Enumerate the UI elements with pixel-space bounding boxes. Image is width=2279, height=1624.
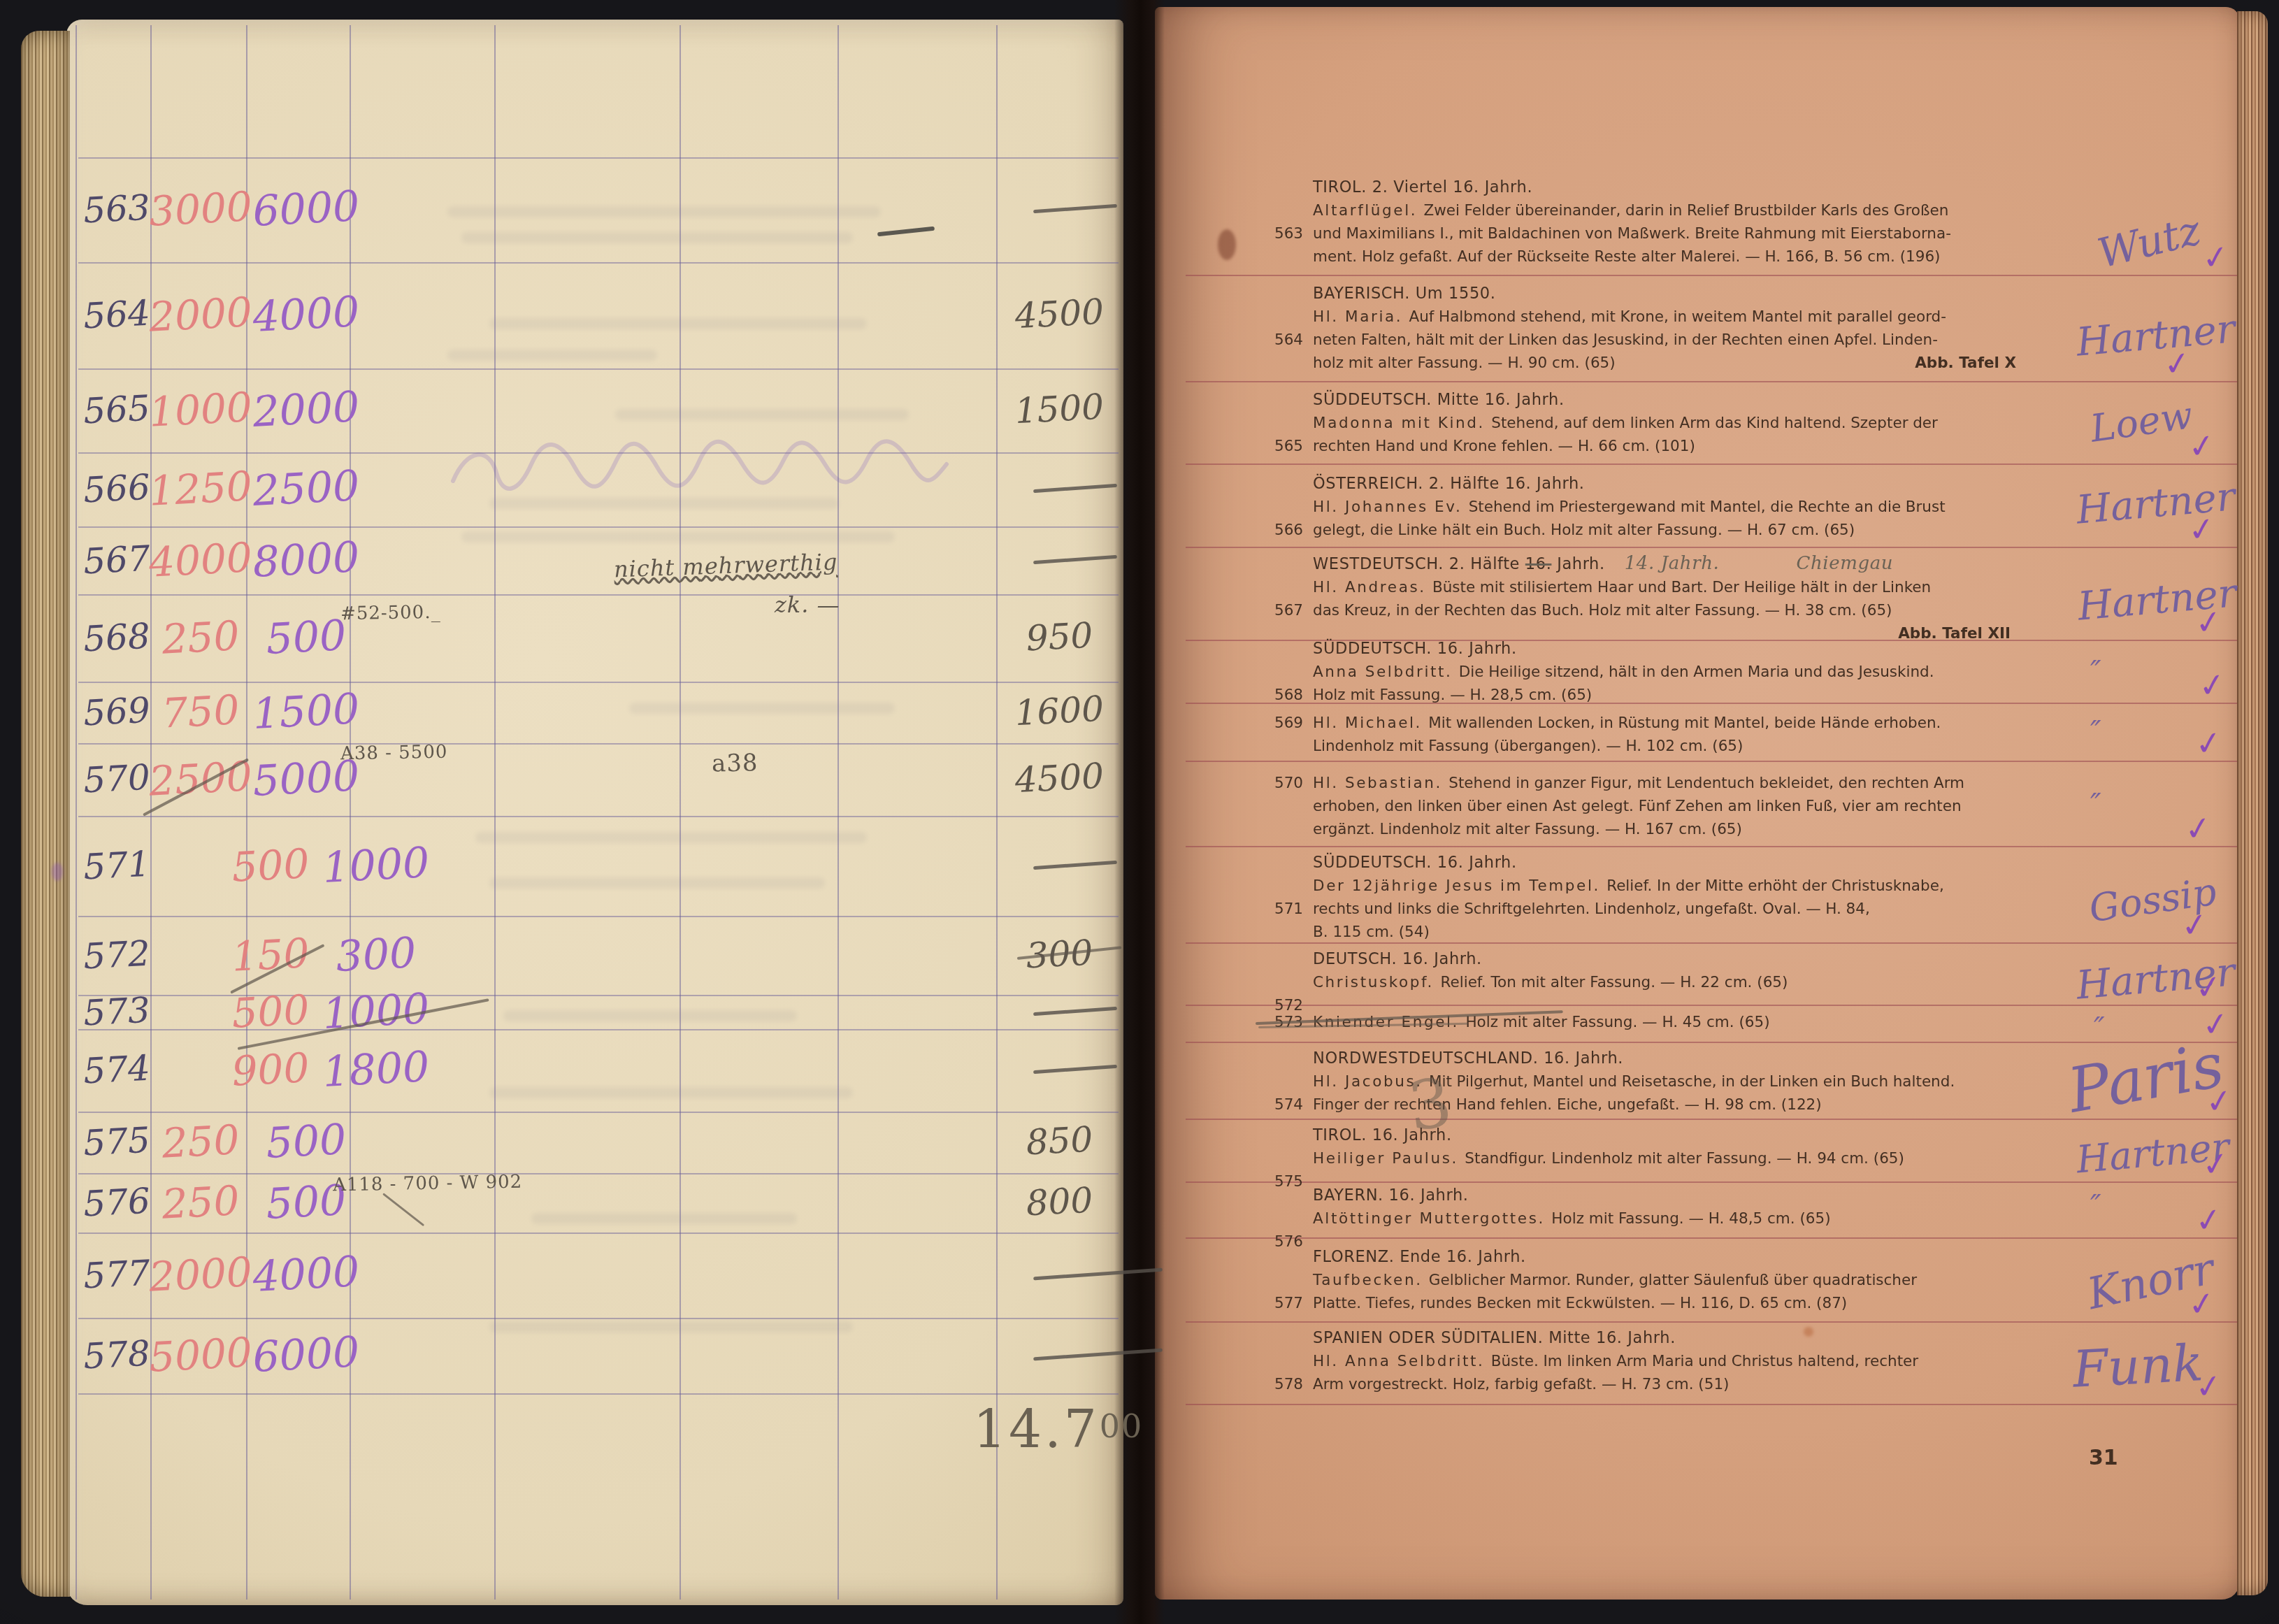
catalog-entry-title: Der 12jährige Jesus im Tempel. (1313, 877, 1606, 895)
page-number: 31 (2089, 1446, 2118, 1470)
catalog-entry-separator (1186, 381, 2237, 382)
catalog-entry-body: 567Hl. Andreas. Büste mit stilisiertem H… (1249, 576, 2016, 622)
margin-ditto-mark: ″ (2090, 654, 2101, 689)
catalog-entry-line: Hl. Sebastian. Stehend in ganzer Figur, … (1313, 772, 2016, 795)
ledger-row-limit-red: 500 (217, 985, 324, 1040)
catalog-lot-number: 564 (1249, 329, 1303, 352)
catalog-entry-line: neten Falten, hält mit der Linken das Je… (1313, 329, 2016, 352)
catalog-entry-body: 570Hl. Sebastian. Stehend in ganzer Figu… (1249, 772, 2016, 841)
catalog-entry-title: Hl. Michael. (1313, 714, 1428, 732)
ledger-row-limit-red: 250 (147, 1115, 254, 1170)
catalog-entry-separator (1186, 464, 2237, 465)
catalog-entry-separator (1186, 1404, 2237, 1405)
header-fragment: Chiemgau (1796, 553, 1893, 574)
bleed-through-smudge (489, 1321, 853, 1332)
ledger-row-limit-red: 2000 (147, 288, 254, 343)
ledger-row-result-price: 4500 (997, 290, 1121, 340)
catalog-entry-title: Hl. Johannes Ev. (1313, 498, 1469, 516)
catalog-lot-number: 567 (1249, 599, 1303, 622)
catalog-lot-number: 563 (1249, 222, 1303, 245)
ledger-row-item-number: 577 (78, 1252, 157, 1298)
catalog-entry: 570Hl. Sebastian. Stehend in ganzer Figu… (1249, 772, 2016, 841)
ledger-total-main: 14.7 (973, 1400, 1100, 1460)
ledger-row-item-number: 568 (78, 615, 157, 661)
bleed-through-smudge (461, 531, 895, 542)
catalog-entry-line: Taufbecken. Gelblicher Marmor. Runder, g… (1313, 1269, 2016, 1292)
catalog-entry: 569Hl. Michael. Mit wallenden Locken, in… (1249, 712, 2016, 758)
catalog-entry-title: Taufbecken. (1313, 1272, 1429, 1289)
ledger-row-limit-red: 1250 (147, 462, 254, 517)
ledger-grid-hline (78, 157, 1119, 159)
margin-checkmark: ✓ (2161, 343, 2193, 385)
catalog-entry-title: Altöttinger Muttergottes. (1313, 1210, 1551, 1228)
catalog-entry-body: 568Anna Selbdritt. Die Heilige sitzend, … (1249, 661, 2016, 707)
catalog-entry-body: 566Hl. Johannes Ev. Stehend im Priesterg… (1249, 496, 2016, 542)
bleed-through-smudge (531, 1213, 797, 1224)
ledger-row-estimate-purple: 4000 (249, 287, 364, 343)
ledger-row-item-number: 569 (78, 689, 157, 735)
catalog-entry-separator (1186, 1321, 2237, 1323)
margin-checkmark: ✓ (2192, 723, 2224, 764)
ledger-grid-vline (837, 25, 839, 1600)
bleed-through-smudge (447, 350, 657, 361)
ledger-grid-vline (494, 25, 496, 1600)
right-page-edge-stack (2237, 11, 2268, 1595)
paper-stain (1218, 229, 1236, 260)
catalog-entry: SÜDDEUTSCH. 16. Jahrh.571Der 12jährige J… (1249, 851, 2016, 944)
catalog-entry-header: WESTDEUTSCH. 2. Hälfte 16. Jahrh.14. Jah… (1249, 552, 2016, 576)
ledger-row-item-number: 567 (78, 538, 157, 584)
ledger-row-result-price: 4500 (997, 754, 1121, 804)
ledger-row-result-price: 800 (997, 1178, 1121, 1228)
catalog-entry-separator (1186, 1042, 2237, 1043)
ledger-grid-hline (78, 1318, 1119, 1319)
ledger-row-limit-red: 900 (217, 1043, 324, 1098)
catalog-entry-line: Altarflügel. Zwei Felder übereinander, d… (1313, 199, 2016, 222)
margin-ditto-mark: ″ (2090, 714, 2101, 749)
ledger-row-item-number: 576 (78, 1180, 157, 1226)
header-fragment: 14. Jahrh. (1625, 553, 1720, 574)
catalog-lot-number: 578 (1249, 1373, 1303, 1396)
ledger-row-result-price: 1600 (997, 687, 1121, 737)
catalog-entry: FLORENZ. Ende 16. Jahrh.577Taufbecken. G… (1249, 1246, 2016, 1315)
ledger-row-item-number: 565 (78, 387, 157, 433)
catalog-entry: BAYERISCH. Um 1550.564Hl. Maria. Auf Hal… (1249, 282, 2016, 375)
catalog-entry-header: SÜDDEUTSCH. Mitte 16. Jahrh. (1249, 389, 2016, 412)
catalog-entry-line: Hl. Andreas. Büste mit stilisiertem Haar… (1313, 576, 2016, 599)
catalog-entry-title: Hl. Maria. (1313, 308, 1409, 326)
catalog-lot-number: 571 (1249, 898, 1303, 921)
ledger-grid-hline (78, 1233, 1119, 1234)
ledger-grid-hline (78, 1393, 1119, 1395)
catalog-entry-line: B. 115 cm. (54) (1313, 921, 2016, 944)
ledger-row-item-number: 570 (78, 756, 157, 803)
bleed-through-smudge (447, 206, 881, 217)
catalog-entry-line: Heiliger Paulus. Standfigur. Lindenholz … (1313, 1147, 2016, 1170)
margin-buyer-name: Funk (2071, 1333, 2204, 1399)
catalog-entry: BAYERN. 16. Jahrh.576Altöttinger Mutterg… (1249, 1184, 2016, 1230)
ledger-row-item-number: 566 (78, 466, 157, 512)
catalog-entry-header: FLORENZ. Ende 16. Jahrh. (1249, 1246, 2016, 1269)
catalog-entry-header: BAYERN. 16. Jahrh. (1249, 1184, 2016, 1207)
margin-checkmark: ✓ (2192, 967, 2224, 1008)
ledger-grid-hline (78, 682, 1119, 683)
catalog-entry-header: ÖSTERREICH. 2. Hälfte 16. Jahrh. (1249, 473, 2016, 496)
catalog-entry-separator (1186, 547, 2237, 548)
catalog-entry: TIROL. 2. Viertel 16. Jahrh.563Altarflüg… (1249, 176, 2016, 268)
catalog-entry-line: Hl. Maria. Auf Halbmond stehend, mit Kro… (1313, 306, 2016, 329)
catalog-entry-body: 569Hl. Michael. Mit wallenden Locken, in… (1249, 712, 2016, 758)
catalog-entry-body: 572Christuskopf. Relief. Ton mit alter F… (1249, 971, 2016, 994)
ledger-total: 14.700 (973, 1400, 1143, 1460)
catalog-entry-body: 574Hl. Jacobus. Mit Pilgerhut, Mantel un… (1249, 1070, 2016, 1116)
ledger-mid-annotation-line2: zk. — (775, 591, 840, 618)
catalog-entry-title: Heiliger Paulus. (1313, 1150, 1465, 1167)
ledger-row-limit-red: 3000 (147, 182, 254, 237)
catalog-entry-header: NORDWESTDEUTSCHLAND. 16. Jahrh. (1249, 1047, 2016, 1070)
catalog-entry-line: erhoben, den linken über einen Ast geleg… (1313, 795, 2016, 818)
catalog-lot-number: 570 (1249, 772, 1303, 795)
ledger-grid-hline (78, 816, 1119, 817)
ledger-row-item-number: 574 (78, 1047, 157, 1093)
catalog-entry: SÜDDEUTSCH. Mitte 16. Jahrh.565Madonna m… (1249, 389, 2016, 458)
catalog-entry-body: 575Heiliger Paulus. Standfigur. Lindenho… (1249, 1147, 2016, 1170)
catalog-entry-separator (1186, 761, 2237, 762)
ledger-row-estimate-purple: 300 (319, 927, 433, 983)
ledger-row-estimate-purple: 6000 (249, 182, 364, 238)
header-fragment: 16. (1525, 555, 1552, 573)
ledger-row-result-price: 950 (997, 613, 1121, 663)
catalog-entry-separator (1186, 1237, 2237, 1239)
bleed-through-smudge (489, 318, 867, 329)
bleed-through-smudge (489, 877, 825, 889)
catalog-entry-title: Madonna mit Kind. (1313, 415, 1491, 432)
ledger-row-estimate-purple: 1800 (319, 1042, 433, 1098)
catalog-entry-title: Altarflügel. (1313, 202, 1423, 220)
ledger-row-item-number: 578 (78, 1332, 157, 1379)
ledger-grid-hline (78, 526, 1119, 528)
catalog-entry-title: Hl. Anna Selbdritt. (1313, 1353, 1491, 1370)
catalog-entry-line: Platte. Tiefes, rundes Becken mit Eckwül… (1313, 1292, 2016, 1315)
ledger-grid-hline (78, 743, 1119, 745)
bleed-through-smudge (629, 703, 895, 714)
left-page-edge-stack (21, 31, 70, 1597)
margin-checkmark: ✓ (2192, 602, 2224, 643)
catalog-entry: 573Kniender Engel. Holz mit alter Fassun… (1249, 1011, 2016, 1034)
catalog-entry-header: BAYERISCH. Um 1550. (1249, 282, 2016, 306)
margin-checkmark: ✓ (2199, 1144, 2231, 1185)
catalog-entry-line: Hl. Michael. Mit wallenden Locken, in Rü… (1313, 712, 2016, 735)
ledger-row-limit-red: 5000 (147, 1328, 254, 1383)
ledger-row-item-number: 575 (78, 1119, 157, 1165)
catalog-entry-header: DEUTSCH. 16. Jahrh. (1249, 948, 2016, 971)
ledger-row-limit-red: 150 (217, 928, 324, 983)
ledger-row-limit-red: 750 (147, 685, 254, 740)
ledger-grid-hline (78, 452, 1119, 454)
ledger-grid-hline (78, 1173, 1119, 1174)
ledger-row-limit-red: 2500 (147, 752, 254, 807)
ledger-row-limit-red: 500 (217, 839, 324, 893)
catalog-entry-line: ment. Holz gefaßt. Auf der Rückseite Res… (1313, 245, 2016, 268)
catalog-entry-body: 578Hl. Anna Selbdritt. Büste. Im linken … (1249, 1350, 2016, 1396)
catalog-entry-separator (1186, 275, 2237, 276)
ledger-total-sup: 00 (1100, 1407, 1144, 1445)
bleed-through-smudge (461, 232, 853, 243)
catalog-entry-title: Anna Selbdritt. (1313, 663, 1459, 681)
ledger-row-estimate-purple: 1000 (319, 838, 433, 893)
catalog-lot-number: 569 (1249, 712, 1303, 735)
paper-stain (52, 863, 63, 881)
catalog-entry-line: holz mit alter Fassung. — H. 90 cm. (65)… (1313, 352, 2016, 375)
catalog-entry-line: Arm vorgestreckt. Holz, farbig gefaßt. —… (1313, 1373, 2016, 1396)
catalog-entry: TIROL. 16. Jahrh.575Heiliger Paulus. Sta… (1249, 1124, 2016, 1170)
catalog-entry-body: 564Hl. Maria. Auf Halbmond stehend, mit … (1249, 306, 2016, 375)
catalog-entry-body: 576Altöttinger Muttergottes. Holz mit Fa… (1249, 1207, 2016, 1230)
ledger-row-estimate-purple: 8000 (249, 532, 364, 588)
ledger-row-limit-red: 2000 (147, 1248, 254, 1302)
margin-checkmark: ✓ (2199, 237, 2231, 278)
ledger-grid-vline (76, 25, 77, 1600)
ledger-grid-hline (78, 368, 1119, 370)
ledger-row-result-price: 1500 (997, 385, 1121, 435)
catalog-entry-line: Hl. Johannes Ev. Stehend im Priestergewa… (1313, 496, 2016, 519)
book-photo: 5633000600056420004000450056510002000150… (0, 0, 2279, 1624)
ledger-grid-vline (996, 25, 998, 1600)
ledger-row-item-number: 573 (78, 989, 157, 1035)
catalog-entry-header: TIROL. 16. Jahrh. (1249, 1124, 2016, 1147)
catalog-entry-line: Altöttinger Muttergottes. Holz mit Fassu… (1313, 1207, 2016, 1230)
margin-checkmark: ✓ (2192, 1366, 2224, 1407)
ledger-grid-vline (680, 25, 681, 1600)
catalog-lot-number: 577 (1249, 1292, 1303, 1315)
ledger-row-item-number: 571 (78, 843, 157, 889)
catalog-entry: NORDWESTDEUTSCHLAND. 16. Jahrh.574Hl. Ja… (1249, 1047, 2016, 1116)
ledger-row-estimate-purple: 2500 (249, 461, 364, 517)
bleed-through-smudge (615, 409, 909, 420)
catalog-entry-title: Christuskopf. (1313, 974, 1440, 991)
catalog-entry-line: Der 12jährige Jesus im Tempel. Relief. I… (1313, 875, 2016, 898)
margin-ditto-mark: ″ (2090, 787, 2101, 821)
catalog-entry-line: das Kreuz, in der Rechten das Buch. Holz… (1313, 599, 2016, 622)
catalog-entry-separator (1186, 846, 2237, 847)
scribble-svg (440, 428, 972, 505)
ledger-pencil-note-570: A38 - 5500 (340, 742, 448, 765)
bleed-through-smudge (503, 1010, 797, 1021)
catalog-entry-header: SPANIEN ODER SÜDITALIEN. Mitte 16. Jahrh… (1249, 1327, 2016, 1350)
catalog-lot-number: 568 (1249, 684, 1303, 707)
catalog-entry: WESTDEUTSCH. 2. Hälfte 16. Jahrh.14. Jah… (1249, 552, 2016, 645)
bleed-through-smudge (489, 1087, 853, 1098)
ledger-grid-hline (78, 1112, 1119, 1113)
ledger-row-item-number: 572 (78, 933, 157, 979)
ledger-row-limit-red: 250 (147, 611, 254, 666)
catalog-lot-number: 574 (1249, 1093, 1303, 1116)
ledger-row-estimate-purple: 500 (249, 1114, 364, 1170)
header-fragment: WESTDEUTSCH. 2. Hälfte (1313, 555, 1525, 573)
catalog-entry-line: Kniender Engel. Holz mit alter Fassung. … (1313, 1011, 2016, 1034)
line-text: holz mit alter Fassung. — H. 90 cm. (65) (1313, 352, 1616, 375)
bleed-through-smudge (475, 832, 867, 843)
catalog-entry-body: 571Der 12jährige Jesus im Tempel. Relief… (1249, 875, 2016, 944)
ledger-row-limit-red: 4000 (147, 533, 254, 588)
catalog-entry-body: 565Madonna mit Kind. Stehend, auf dem li… (1249, 412, 2016, 458)
catalog-entry-line: ergänzt. Lindenholz mit alter Fassung. —… (1313, 818, 2016, 841)
abb-tafel-label: Abb. Tafel X (1915, 352, 2016, 375)
ledger-row-limit-red: 1000 (147, 383, 254, 438)
catalog-entry-body: 573Kniender Engel. Holz mit alter Fassun… (1249, 1011, 2016, 1034)
catalog-entry: DEUTSCH. 16. Jahrh.572Christuskopf. Reli… (1249, 948, 2016, 994)
ledger-pencil-note-576: A118 - 700 - W 902 (333, 1172, 523, 1196)
catalog-entry-header: SÜDDEUTSCH. 16. Jahrh. (1249, 851, 2016, 875)
margin-checkmark: ✓ (2192, 1200, 2224, 1241)
ledger-row-estimate-purple: 2000 (249, 382, 364, 438)
catalog-entry-title: Hl. Sebastian. (1313, 775, 1448, 792)
catalog-entry-header: SÜDDEUTSCH. 16. Jahrh. (1249, 638, 2016, 661)
margin-checkmark: ✓ (2185, 1284, 2217, 1325)
ledger-row-estimate-purple: 6000 (249, 1328, 364, 1384)
catalog-entry: ÖSTERREICH. 2. Hälfte 16. Jahrh.566Hl. J… (1249, 473, 2016, 542)
margin-ditto-mark: ″ (2094, 1011, 2105, 1045)
ledger-row-estimate-purple: 4000 (249, 1247, 364, 1303)
ledger-grid-hline (78, 916, 1119, 917)
catalog-entry: SPANIEN ODER SÜDITALIEN. Mitte 16. Jahrh… (1249, 1327, 2016, 1396)
ledger-row-result-price: 850 (997, 1117, 1121, 1167)
catalog-lot-number: 565 (1249, 435, 1303, 458)
margin-checkmark: ✓ (2196, 665, 2228, 706)
ledger-pencil-note-a38: a38 (712, 749, 759, 777)
ledger-ink-scribble (440, 428, 972, 505)
catalog-entry-line: gelegt, die Linke hält ein Buch. Holz mi… (1313, 519, 2016, 542)
catalog-entry-line: Christuskopf. Relief. Ton mit alter Fass… (1313, 971, 2016, 994)
catalog-entry-title: Hl. Andreas. (1313, 579, 1432, 596)
margin-checkmark: ✓ (2203, 1081, 2235, 1122)
catalog-entry-header: TIROL. 2. Viertel 16. Jahrh. (1249, 176, 2016, 199)
margin-checkmark: ✓ (2182, 808, 2214, 849)
catalog-entry-line: Holz mit Fassung. — H. 28,5 cm. (65) (1313, 684, 2016, 707)
catalog-entry-body: 563Altarflügel. Zwei Felder übereinander… (1249, 199, 2016, 268)
catalog-entry-line: rechten Hand und Krone fehlen. — H. 66 c… (1313, 435, 2016, 458)
catalog-entry-line: Lindenholz mit Fassung (übergangen). — H… (1313, 735, 2016, 758)
margin-checkmark: ✓ (2178, 905, 2210, 946)
ledger-pencil-note-568: #52-500._ (340, 602, 441, 625)
margin-ditto-mark: ″ (2090, 1188, 2101, 1223)
catalog-entry-line: Madonna mit Kind. Stehend, auf dem linke… (1313, 412, 2016, 435)
header-fragment: Jahrh. (1551, 555, 1604, 573)
catalog-entry-line: Anna Selbdritt. Die Heilige sitzend, häl… (1313, 661, 2016, 684)
ledger-row-item-number: 563 (78, 187, 157, 233)
ledger-row-estimate-purple: 1500 (249, 684, 364, 740)
margin-checkmark: ✓ (2185, 426, 2217, 467)
ledger-grid-hline (78, 262, 1119, 264)
margin-checkmark: ✓ (2185, 509, 2217, 550)
catalog-entry-body: 577Taufbecken. Gelblicher Marmor. Runder… (1249, 1269, 2016, 1315)
catalog-entry-line: und Maximilians I., mit Baldachinen von … (1313, 222, 2016, 245)
catalog-lot-number: 566 (1249, 519, 1303, 542)
ledger-row-item-number: 564 (78, 292, 157, 338)
catalog-entry-line: rechts und links die Schriftgelehrten. L… (1313, 898, 2016, 921)
ledger-grid-hline (78, 594, 1119, 596)
catalog-entry-line: Hl. Anna Selbdritt. Büste. Im linken Arm… (1313, 1350, 2016, 1373)
catalog-entry: SÜDDEUTSCH. 16. Jahrh.568Anna Selbdritt.… (1249, 638, 2016, 707)
ledger-row-limit-red: 250 (147, 1176, 254, 1230)
